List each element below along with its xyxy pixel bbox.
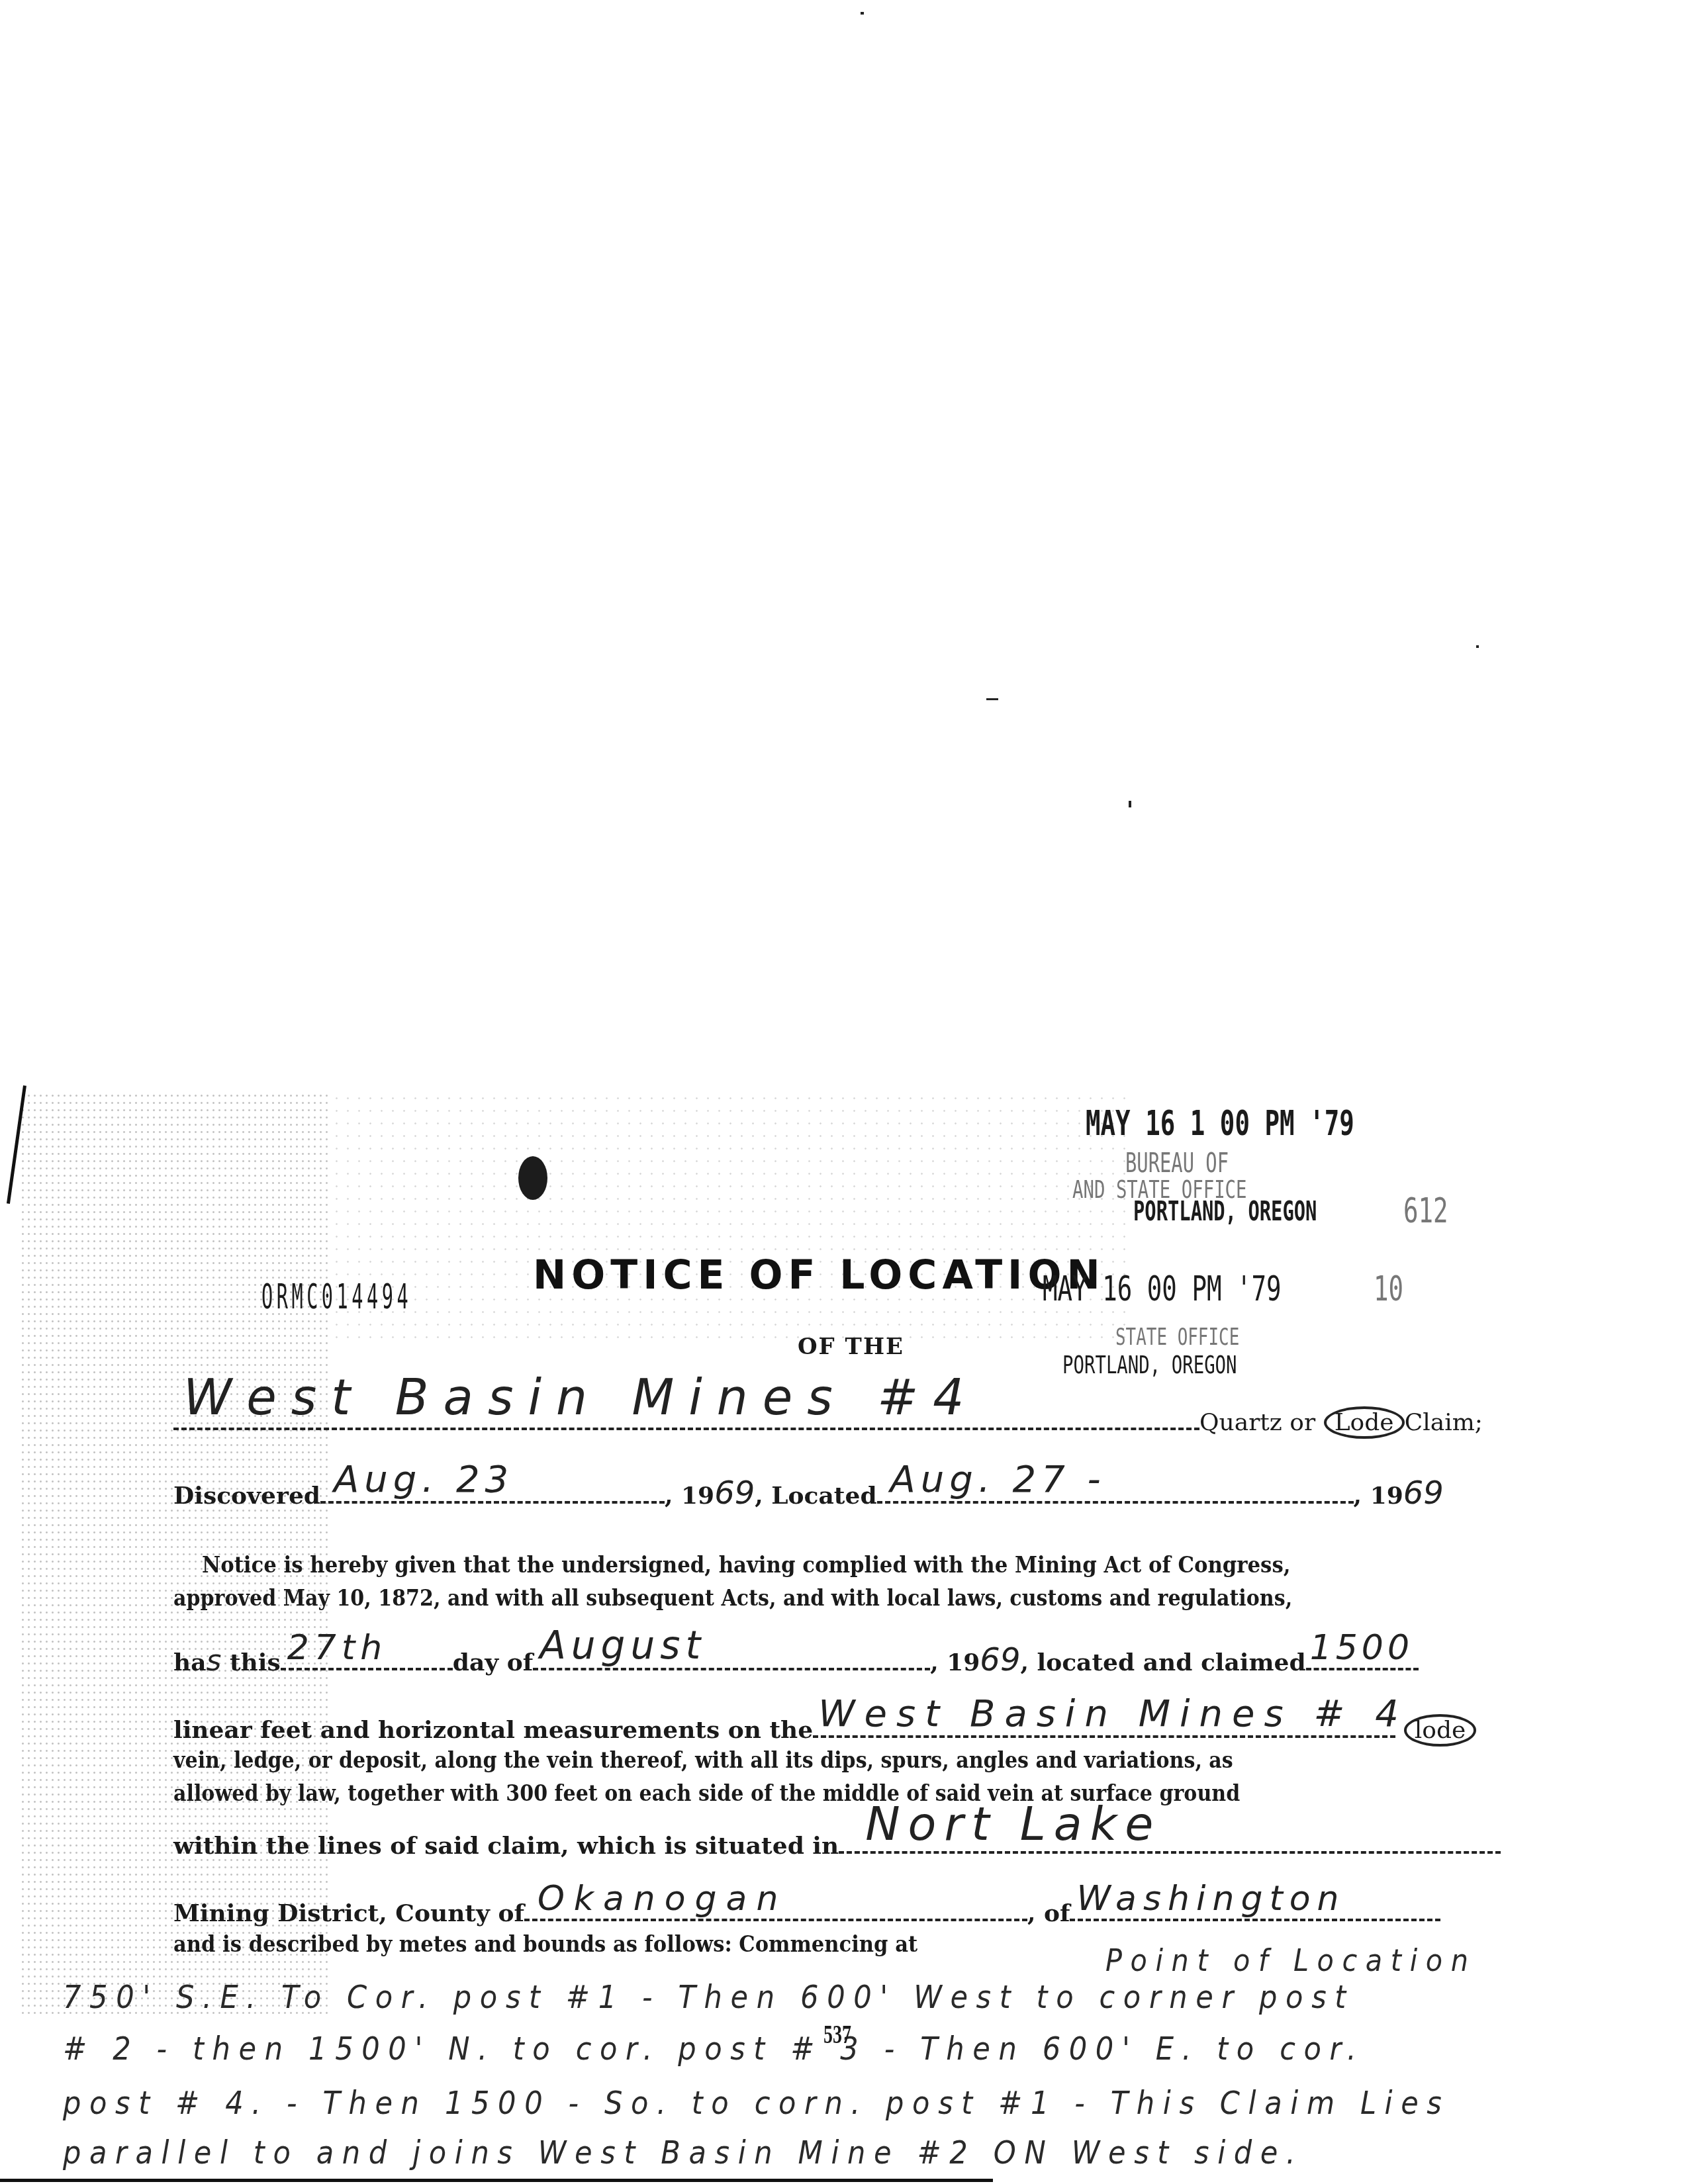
located-label: , Located — [755, 1482, 876, 1510]
discovered-field: Aug. 23 — [320, 1501, 665, 1504]
speck — [1129, 801, 1131, 807]
vein-line: vein, ledge, or deposit, along the vein … — [173, 1747, 1233, 1774]
vein-name-row: linear feet and horizontal measurements … — [173, 1714, 1476, 1747]
stamp-portland-top: PORTLAND, OREGON — [1133, 1197, 1317, 1227]
discovered-value: Aug. 23 — [334, 1458, 514, 1501]
stamp-date-top: MAY 16 1 00 PM '79 — [1086, 1104, 1354, 1144]
within-label: within the lines of said claim, which is… — [173, 1832, 839, 1860]
speck — [986, 698, 998, 700]
scan-noise-top — [331, 1092, 1125, 1343]
description-line-1: 750' S.E. To Cor. post #1 - Then 600' We… — [63, 1979, 1354, 2016]
claim-name-value: West Basin Mines #4 — [183, 1369, 978, 1426]
stamp-serial-suffix: 612 — [1403, 1191, 1448, 1231]
day-of-label: day of — [453, 1649, 533, 1676]
claim-type-end: Claim; — [1405, 1409, 1483, 1436]
year-prefix: , 19 — [930, 1649, 980, 1676]
date-claimed-row: has this27thday ofAugust, 1969, located … — [173, 1641, 1419, 1678]
claimed-feet-value: 1500 — [1310, 1628, 1413, 1668]
mining-district-label: Mining District, County of — [173, 1899, 524, 1927]
located-year: 69 — [1403, 1475, 1444, 1512]
day-value: 27th — [287, 1628, 388, 1668]
district-value: Nort Lake — [865, 1797, 1161, 1851]
month-value: August — [539, 1623, 706, 1668]
stamp-state-office: STATE OFFICE — [1115, 1324, 1239, 1351]
commencing-value: Point of Location — [1105, 1942, 1477, 1978]
page-title: NOTICE OF LOCATION — [533, 1252, 1105, 1298]
county-row: Mining District, County ofOkanogan, ofWa… — [173, 1899, 1440, 1927]
state-field: Washington — [1070, 1919, 1440, 1921]
dates-row: DiscoveredAug. 23, 1969, LocatedAug. 27 … — [173, 1475, 1444, 1512]
bottom-edge-rule — [0, 2179, 993, 2182]
vein-name-field: West Basin Mines # 4 — [813, 1735, 1395, 1738]
subtitle: OF THE — [798, 1334, 904, 1360]
discovered-label: Discovered — [173, 1482, 320, 1510]
day-field: 27th — [281, 1668, 453, 1670]
claimed-feet-field: 1500 — [1306, 1668, 1419, 1670]
claim-type-circled: Lode — [1324, 1406, 1405, 1439]
discovered-year: 69 — [714, 1475, 755, 1512]
claimed-label: , located and claimed — [1020, 1649, 1305, 1676]
punch-hole — [518, 1156, 547, 1200]
description-line-3: post # 4. - Then 1500 - So. to corn. pos… — [63, 2085, 1450, 2122]
month-field: August — [533, 1668, 930, 1670]
serial-number: ORMC014494 — [261, 1277, 412, 1317]
linear-label: linear feet and horizontal measurements … — [173, 1716, 813, 1744]
vein-name-value: West Basin Mines # 4 — [818, 1692, 1408, 1735]
located-value: Aug. 27 - — [890, 1458, 1106, 1501]
notice-line-1: Notice is hereby given that the undersig… — [202, 1552, 1290, 1578]
speck — [1476, 645, 1479, 648]
page-number: 537 — [823, 2019, 851, 2050]
state-of-label: , of — [1027, 1899, 1070, 1927]
district-row: within the lines of said claim, which is… — [173, 1832, 1501, 1860]
state-value: Washington — [1076, 1879, 1345, 1919]
claim-name-field: West Basin Mines #4 — [173, 1428, 1199, 1430]
year-value: 69 — [980, 1641, 1020, 1678]
this-label: this — [230, 1649, 281, 1676]
description-line-2: # 2 - then 1500' N. to cor. post # 3 - T… — [63, 2030, 1364, 2068]
county-field: Okanogan — [524, 1919, 1027, 1921]
stamp-date-middle: MAY 16 00 PM '79 — [1043, 1269, 1282, 1309]
stamp-portland-middle: PORTLAND, OREGON — [1062, 1350, 1237, 1379]
claim-name-row: West Basin Mines #4 Quartz or LodeClaim; — [173, 1406, 1483, 1439]
discovered-year-prefix: , 19 — [665, 1482, 714, 1510]
district-field: Nort Lake — [839, 1851, 1501, 1854]
has-prefix: ha — [173, 1649, 207, 1676]
vein-type-circled: lode — [1404, 1714, 1477, 1747]
description-line-4: parallel to and joins West Basin Mine #2… — [63, 2134, 1303, 2171]
county-value: Okanogan — [538, 1879, 788, 1919]
located-field: Aug. 27 - — [877, 1501, 1354, 1504]
stamp-middle-suffix: 10 — [1374, 1269, 1403, 1309]
described-line: and is described by metes and bounds as … — [173, 1931, 917, 1958]
located-year-prefix: , 19 — [1354, 1482, 1403, 1510]
speck — [861, 12, 864, 15]
has-value: s — [207, 1644, 222, 1678]
notice-line-2: approved May 10, 1872, and with all subs… — [173, 1585, 1292, 1612]
claim-type-label: Quartz or — [1199, 1409, 1315, 1436]
